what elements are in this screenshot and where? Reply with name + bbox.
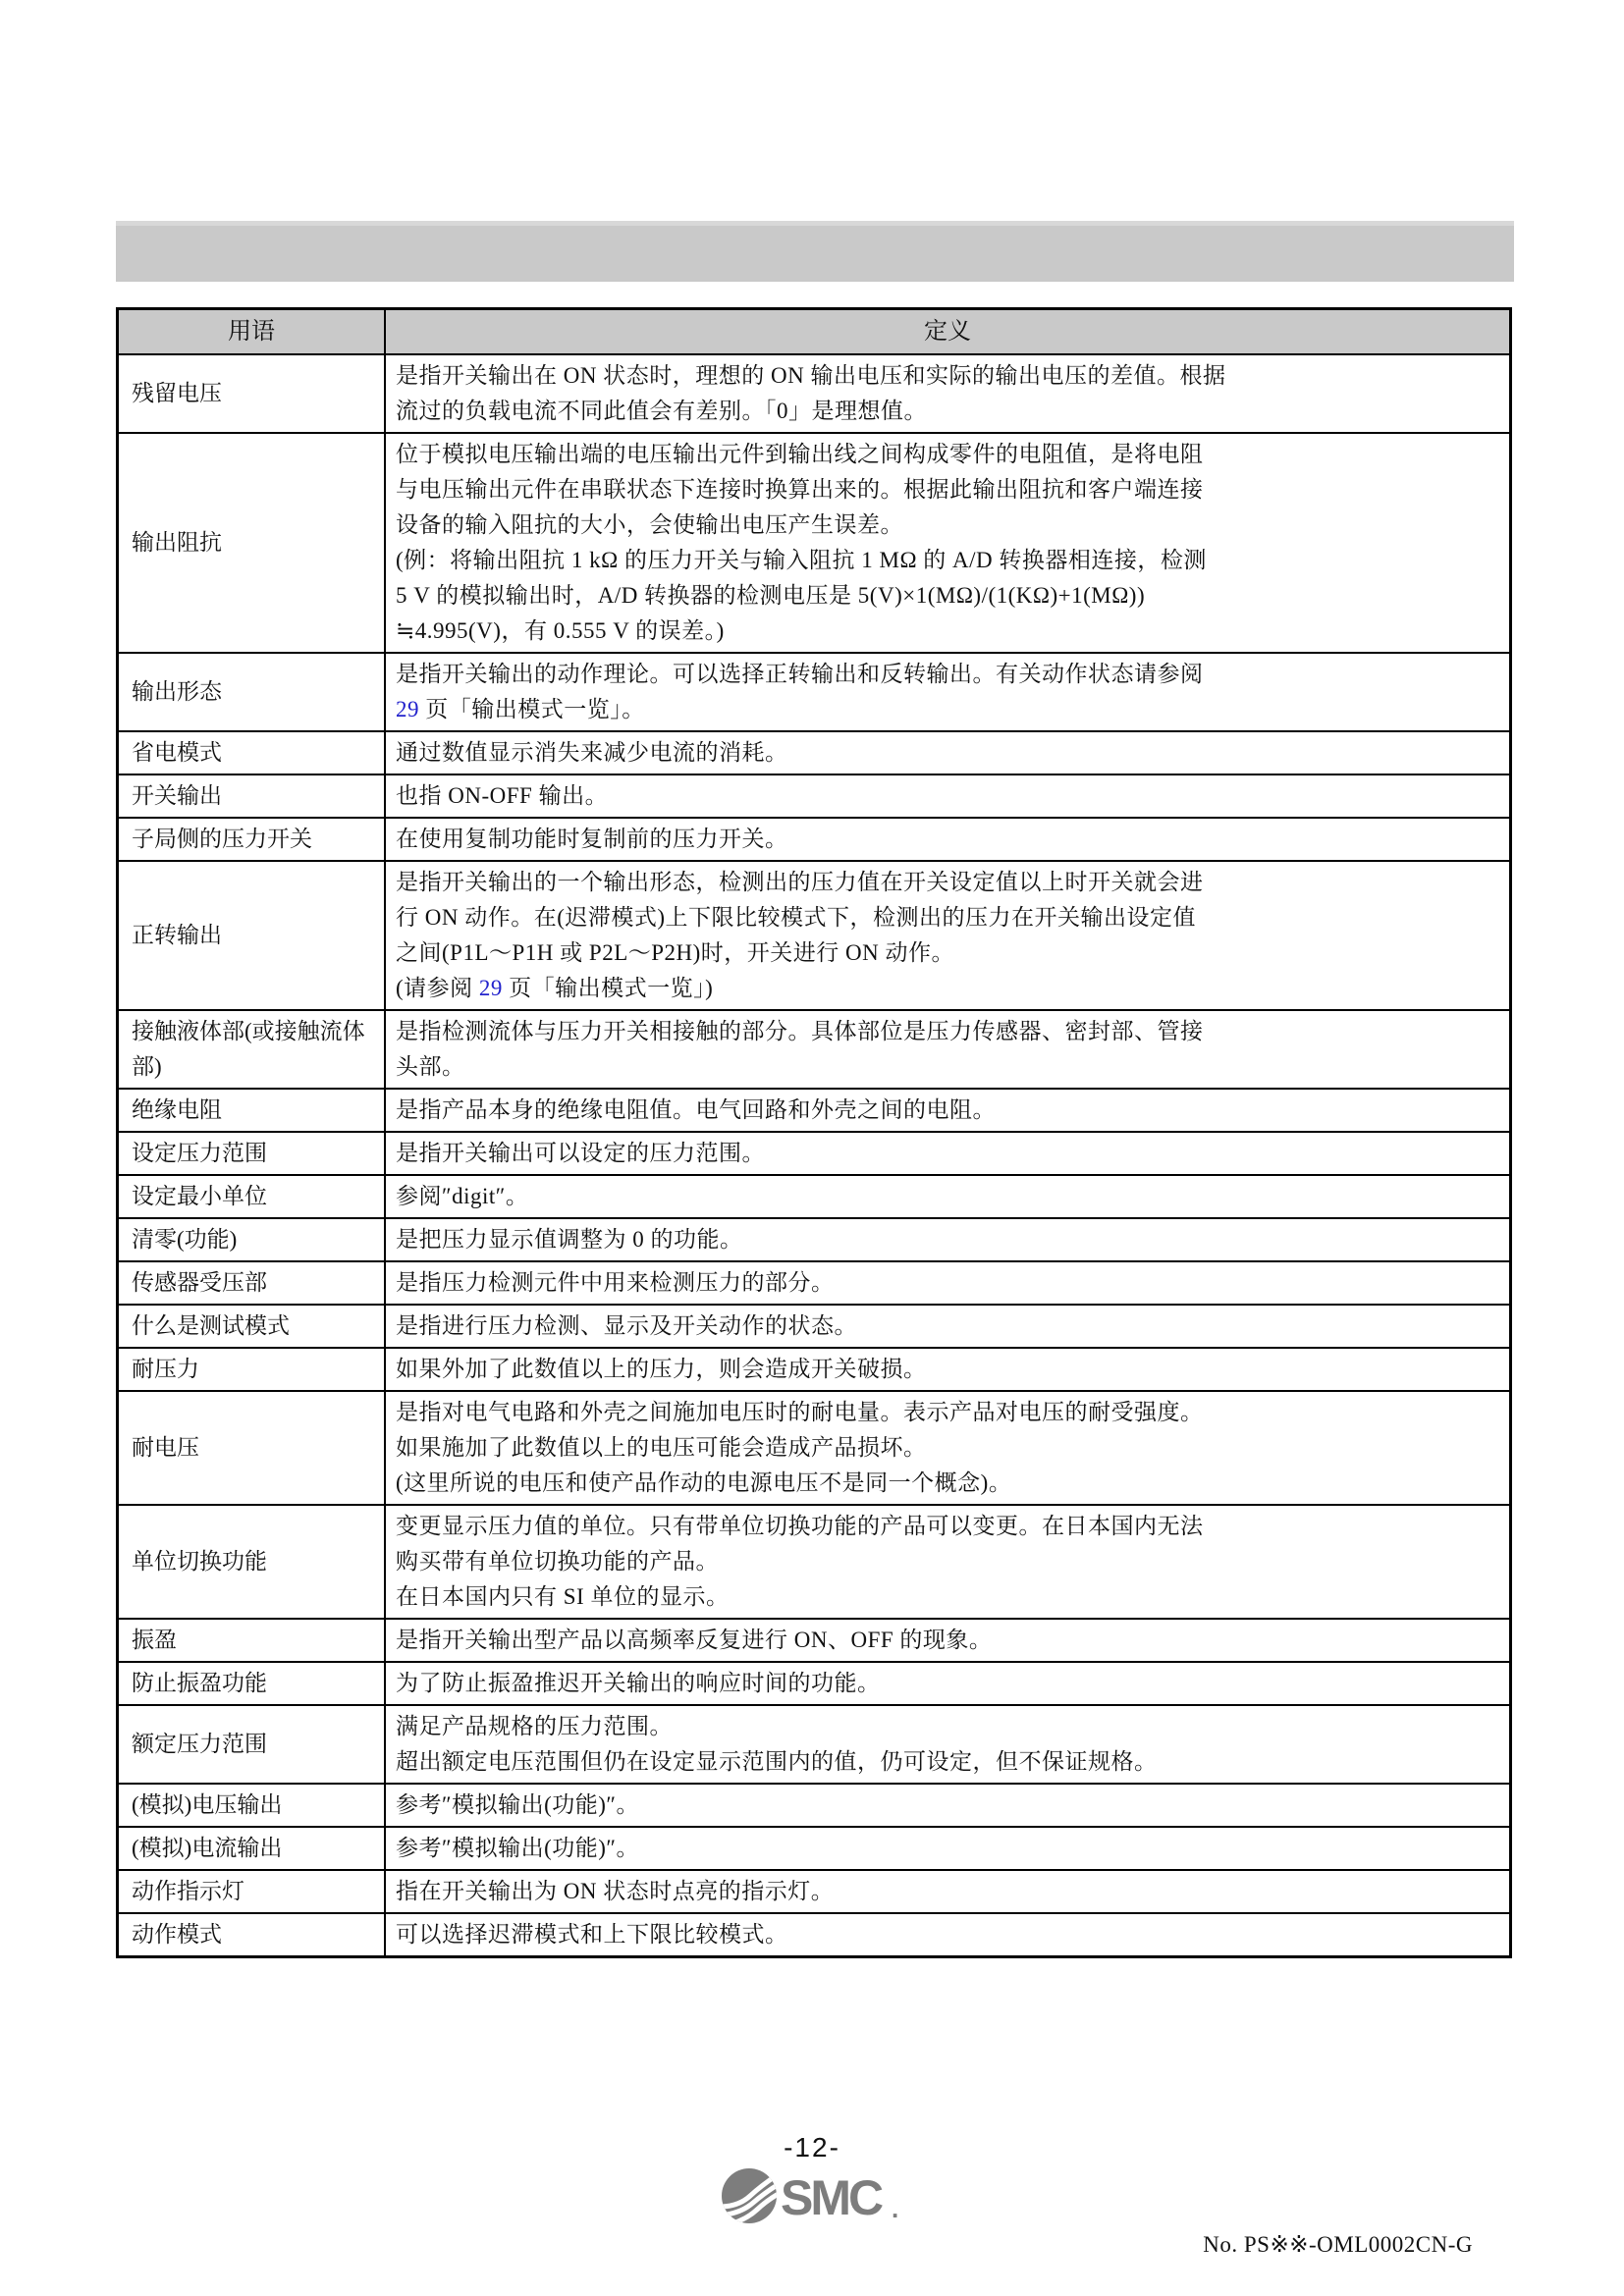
term-label: 省电模式 <box>132 735 222 771</box>
term-label: 输出阻抗 <box>132 525 222 561</box>
term-cell: 耐压力 <box>119 1349 386 1390</box>
term-cell: 振盈 <box>119 1620 386 1661</box>
definition-text: 也指 ON-OFF 输出。 <box>396 783 608 808</box>
term-cell: 清零(功能) <box>119 1219 386 1260</box>
logo-container: SMC . <box>0 2165 1624 2226</box>
term-label: 残留电压 <box>132 376 222 411</box>
definition-cell: 指在开关输出为 ON 状态时点亮的指示灯。 <box>386 1871 1509 1912</box>
term-label: 额定压力范围 <box>132 1727 267 1762</box>
term-label: 动作指示灯 <box>132 1874 244 1909</box>
definition-text: 如果外加了此数值以上的压力，则会造成开关破损。 <box>396 1357 927 1381</box>
document-number: No. PS※※-OML0002CN-G <box>1203 2232 1473 2258</box>
definition-text: 参考″模拟输出(功能)″。 <box>396 1836 639 1860</box>
definition-text: 是指开关输出可以设定的压力范围。 <box>396 1141 765 1165</box>
term-label: 耐压力 <box>132 1352 199 1387</box>
definition-text: 是指开关输出在 ON 状态时，理想的 ON 输出电压和实际的输出电压的差值。根据… <box>396 363 1225 423</box>
table-row: 什么是测试模式是指进行压力检测、显示及开关动作的状态。 <box>119 1304 1509 1347</box>
definition-text: 是指压力检测元件中用来检测压力的部分。 <box>396 1270 835 1295</box>
definition-cell: 是指开关输出在 ON 状态时，理想的 ON 输出电压和实际的输出电压的差值。根据… <box>386 355 1509 432</box>
term-cell: 设定压力范围 <box>119 1133 386 1174</box>
definition-cell: 也指 ON-OFF 输出。 <box>386 775 1509 817</box>
definition-text: 是指开关输出型产品以高频率反复进行 ON、OFF 的现象。 <box>396 1628 992 1652</box>
table-row: 单位切换功能变更显示压力值的单位。只有带单位切换功能的产品可以变更。在日本国内无… <box>119 1504 1509 1618</box>
term-label: (模拟)电压输出 <box>132 1788 282 1823</box>
definition-text: 页「输出模式一览」) <box>503 976 713 1000</box>
definition-cell: 是指开关输出的动作理论。可以选择正转输出和反转输出。有关动作状态请参阅 29 页… <box>386 654 1509 730</box>
definition-cell: 满足产品规格的压力范围。 超出额定电压范围但仍在设定显示范围内的值，仍可设定，但… <box>386 1706 1509 1783</box>
definition-text: 变更显示压力值的单位。只有带单位切换功能的产品可以变更。在日本国内无法 购买带有… <box>396 1514 1204 1609</box>
definition-text: 指在开关输出为 ON 状态时点亮的指示灯。 <box>396 1879 834 1903</box>
term-cell: 接触液体部(或接触流体部) <box>119 1011 386 1088</box>
table-row: (模拟)电压输出参考″模拟输出(功能)″。 <box>119 1783 1509 1826</box>
definition-text: 参阅″digit″。 <box>396 1184 528 1208</box>
definition-cell: 在使用复制功能时复制前的压力开关。 <box>386 819 1509 860</box>
term-label: 防止振盈功能 <box>132 1666 267 1701</box>
definition-cell: 是指产品本身的绝缘电阻值。电气回路和外壳之间的电阻。 <box>386 1090 1509 1131</box>
table-row: 设定压力范围是指开关输出可以设定的压力范围。 <box>119 1131 1509 1174</box>
table-header-row: 用语 定义 <box>119 310 1509 353</box>
definition-text: 满足产品规格的压力范围。 超出额定电压范围但仍在设定显示范围内的值，仍可设定，但… <box>396 1714 1158 1774</box>
definition-cell: 是指开关输出型产品以高频率反复进行 ON、OFF 的现象。 <box>386 1620 1509 1661</box>
definition-cell: 是指对电气电路和外壳之间施加电压时的耐电量。表示产品对电压的耐受强度。 如果施加… <box>386 1392 1509 1504</box>
definition-cell: 是指进行压力检测、显示及开关动作的状态。 <box>386 1306 1509 1347</box>
term-label: 动作模式 <box>132 1917 222 1952</box>
term-cell: 正转输出 <box>119 862 386 1009</box>
term-label: 设定最小单位 <box>132 1179 267 1214</box>
logo-text: SMC <box>781 2170 883 2225</box>
term-cell: 子局侧的压力开关 <box>119 819 386 860</box>
term-cell: 动作模式 <box>119 1914 386 1955</box>
definition-text: 是指对电气电路和外壳之间施加电压时的耐电量。表示产品对电压的耐受强度。 如果施加… <box>396 1400 1204 1495</box>
term-cell: 省电模式 <box>119 732 386 774</box>
top-banner <box>116 221 1514 282</box>
definition-cell: 参考″模拟输出(功能)″。 <box>386 1828 1509 1869</box>
term-label: 振盈 <box>132 1623 177 1658</box>
definition-cell: 是指开关输出可以设定的压力范围。 <box>386 1133 1509 1174</box>
term-cell: 额定压力范围 <box>119 1706 386 1783</box>
definition-text: 可以选择迟滞模式和上下限比较模式。 <box>396 1922 788 1947</box>
table-row: 动作模式可以选择迟滞模式和上下限比较模式。 <box>119 1912 1509 1955</box>
definition-cell: 如果外加了此数值以上的压力，则会造成开关破损。 <box>386 1349 1509 1390</box>
term-label: 开关输出 <box>132 778 222 814</box>
smc-logo: SMC . <box>719 2165 905 2226</box>
definition-text: 是把压力显示值调整为 0 的功能。 <box>396 1227 743 1252</box>
definition-text: 是指检测流体与压力开关相接触的部分。具体部位是压力传感器、密封部、管接 头部。 <box>396 1019 1204 1079</box>
glossary-table-rows: 残留电压是指开关输出在 ON 状态时，理想的 ON 输出电压和实际的输出电压的差… <box>119 353 1509 1955</box>
column-header-term: 用语 <box>119 310 386 353</box>
table-row: 设定最小单位参阅″digit″。 <box>119 1174 1509 1217</box>
term-cell: 传感器受压部 <box>119 1262 386 1304</box>
term-cell: 绝缘电阻 <box>119 1090 386 1131</box>
term-label: 子局侧的压力开关 <box>132 822 312 857</box>
page-ref-link[interactable]: 29 <box>479 976 503 1000</box>
term-cell: 输出形态 <box>119 654 386 730</box>
table-row: 额定压力范围满足产品规格的压力范围。 超出额定电压范围但仍在设定显示范围内的值，… <box>119 1704 1509 1783</box>
table-row: 绝缘电阻是指产品本身的绝缘电阻值。电气回路和外壳之间的电阻。 <box>119 1088 1509 1131</box>
definition-text: 在使用复制功能时复制前的压力开关。 <box>396 827 788 851</box>
definition-cell: 通过数值显示消失来减少电流的消耗。 <box>386 732 1509 774</box>
glossary-table: 用语 定义 残留电压是指开关输出在 ON 状态时，理想的 ON 输出电压和实际的… <box>116 307 1512 1958</box>
definition-text: 页「输出模式一览」。 <box>419 697 645 721</box>
document-page: 用语 定义 残留电压是指开关输出在 ON 状态时，理想的 ON 输出电压和实际的… <box>0 0 1624 2296</box>
definition-text: 为了防止振盈推迟开关输出的响应时间的功能。 <box>396 1671 881 1695</box>
table-row: (模拟)电流输出参考″模拟输出(功能)″。 <box>119 1826 1509 1869</box>
term-cell: 什么是测试模式 <box>119 1306 386 1347</box>
definition-cell: 参考″模拟输出(功能)″。 <box>386 1785 1509 1826</box>
definition-cell: 是指压力检测元件中用来检测压力的部分。 <box>386 1262 1509 1304</box>
definition-cell: 是把压力显示值调整为 0 的功能。 <box>386 1219 1509 1260</box>
term-label: 耐电压 <box>132 1430 199 1466</box>
term-label: 接触液体部(或接触流体部) <box>132 1014 374 1085</box>
table-row: 正转输出是指开关输出的一个输出形态，检测出的压力值在开关设定值以上时开关就会进 … <box>119 860 1509 1009</box>
table-row: 动作指示灯指在开关输出为 ON 状态时点亮的指示灯。 <box>119 1869 1509 1912</box>
term-label: 正转输出 <box>132 918 222 953</box>
table-row: 防止振盈功能为了防止振盈推迟开关输出的响应时间的功能。 <box>119 1661 1509 1704</box>
definition-text: 位于模拟电压输出端的电压输出元件到输出线之间构成零件的电阻值，是将电阻 与电压输… <box>396 442 1207 643</box>
logo-reg-mark: . <box>892 2194 898 2223</box>
definition-text: 是指产品本身的绝缘电阻值。电气回路和外壳之间的电阻。 <box>396 1097 996 1122</box>
page-number: -12- <box>0 2132 1624 2163</box>
definition-cell: 为了防止振盈推迟开关输出的响应时间的功能。 <box>386 1663 1509 1704</box>
term-cell: 防止振盈功能 <box>119 1663 386 1704</box>
definition-cell: 可以选择迟滞模式和上下限比较模式。 <box>386 1914 1509 1955</box>
table-row: 输出阻抗位于模拟电压输出端的电压输出元件到输出线之间构成零件的电阻值，是将电阻 … <box>119 432 1509 652</box>
table-row: 振盈是指开关输出型产品以高频率反复进行 ON、OFF 的现象。 <box>119 1618 1509 1661</box>
term-cell: 残留电压 <box>119 355 386 432</box>
definition-text: 通过数值显示消失来减少电流的消耗。 <box>396 740 788 765</box>
term-label: 传感器受压部 <box>132 1265 267 1301</box>
definition-cell: 变更显示压力值的单位。只有带单位切换功能的产品可以变更。在日本国内无法 购买带有… <box>386 1506 1509 1618</box>
definition-text: 是指开关输出的动作理论。可以选择正转输出和反转输出。有关动作状态请参阅 <box>396 662 1204 686</box>
definition-cell: 参阅″digit″。 <box>386 1176 1509 1217</box>
table-row: 清零(功能)是把压力显示值调整为 0 的功能。 <box>119 1217 1509 1260</box>
table-row: 省电模式通过数值显示消失来减少电流的消耗。 <box>119 730 1509 774</box>
page-ref-link[interactable]: 29 <box>396 697 419 721</box>
term-cell: 开关输出 <box>119 775 386 817</box>
table-row: 传感器受压部是指压力检测元件中用来检测压力的部分。 <box>119 1260 1509 1304</box>
term-label: 绝缘电阻 <box>132 1093 222 1128</box>
term-cell: 动作指示灯 <box>119 1871 386 1912</box>
term-cell: 单位切换功能 <box>119 1506 386 1618</box>
term-cell: 设定最小单位 <box>119 1176 386 1217</box>
term-label: 单位切换功能 <box>132 1544 267 1579</box>
table-row: 接触液体部(或接触流体部)是指检测流体与压力开关相接触的部分。具体部位是压力传感… <box>119 1009 1509 1088</box>
term-label: 什么是测试模式 <box>132 1308 290 1344</box>
term-cell: (模拟)电压输出 <box>119 1785 386 1826</box>
term-cell: 输出阻抗 <box>119 434 386 652</box>
definition-text: 参考″模拟输出(功能)″。 <box>396 1792 639 1817</box>
table-row: 残留电压是指开关输出在 ON 状态时，理想的 ON 输出电压和实际的输出电压的差… <box>119 353 1509 432</box>
definition-cell: 位于模拟电压输出端的电压输出元件到输出线之间构成零件的电阻值，是将电阻 与电压输… <box>386 434 1509 652</box>
term-cell: 耐电压 <box>119 1392 386 1504</box>
term-label: (模拟)电流输出 <box>132 1831 282 1866</box>
table-row: 耐压力如果外加了此数值以上的压力，则会造成开关破损。 <box>119 1347 1509 1390</box>
table-row: 开关输出也指 ON-OFF 输出。 <box>119 774 1509 817</box>
definition-cell: 是指检测流体与压力开关相接触的部分。具体部位是压力传感器、密封部、管接 头部。 <box>386 1011 1509 1088</box>
term-label: 输出形态 <box>132 674 222 710</box>
table-row: 子局侧的压力开关在使用复制功能时复制前的压力开关。 <box>119 817 1509 860</box>
table-row: 耐电压是指对电气电路和外壳之间施加电压时的耐电量。表示产品对电压的耐受强度。 如… <box>119 1390 1509 1504</box>
term-label: 设定压力范围 <box>132 1136 267 1171</box>
column-header-definition: 定义 <box>386 310 1509 353</box>
definition-text: 是指进行压力检测、显示及开关动作的状态。 <box>396 1313 857 1338</box>
definition-cell: 是指开关输出的一个输出形态，检测出的压力值在开关设定值以上时开关就会进 行 ON… <box>386 862 1509 1009</box>
table-row: 输出形态是指开关输出的动作理论。可以选择正转输出和反转输出。有关动作状态请参阅 … <box>119 652 1509 730</box>
term-cell: (模拟)电流输出 <box>119 1828 386 1869</box>
term-label: 清零(功能) <box>132 1222 237 1257</box>
